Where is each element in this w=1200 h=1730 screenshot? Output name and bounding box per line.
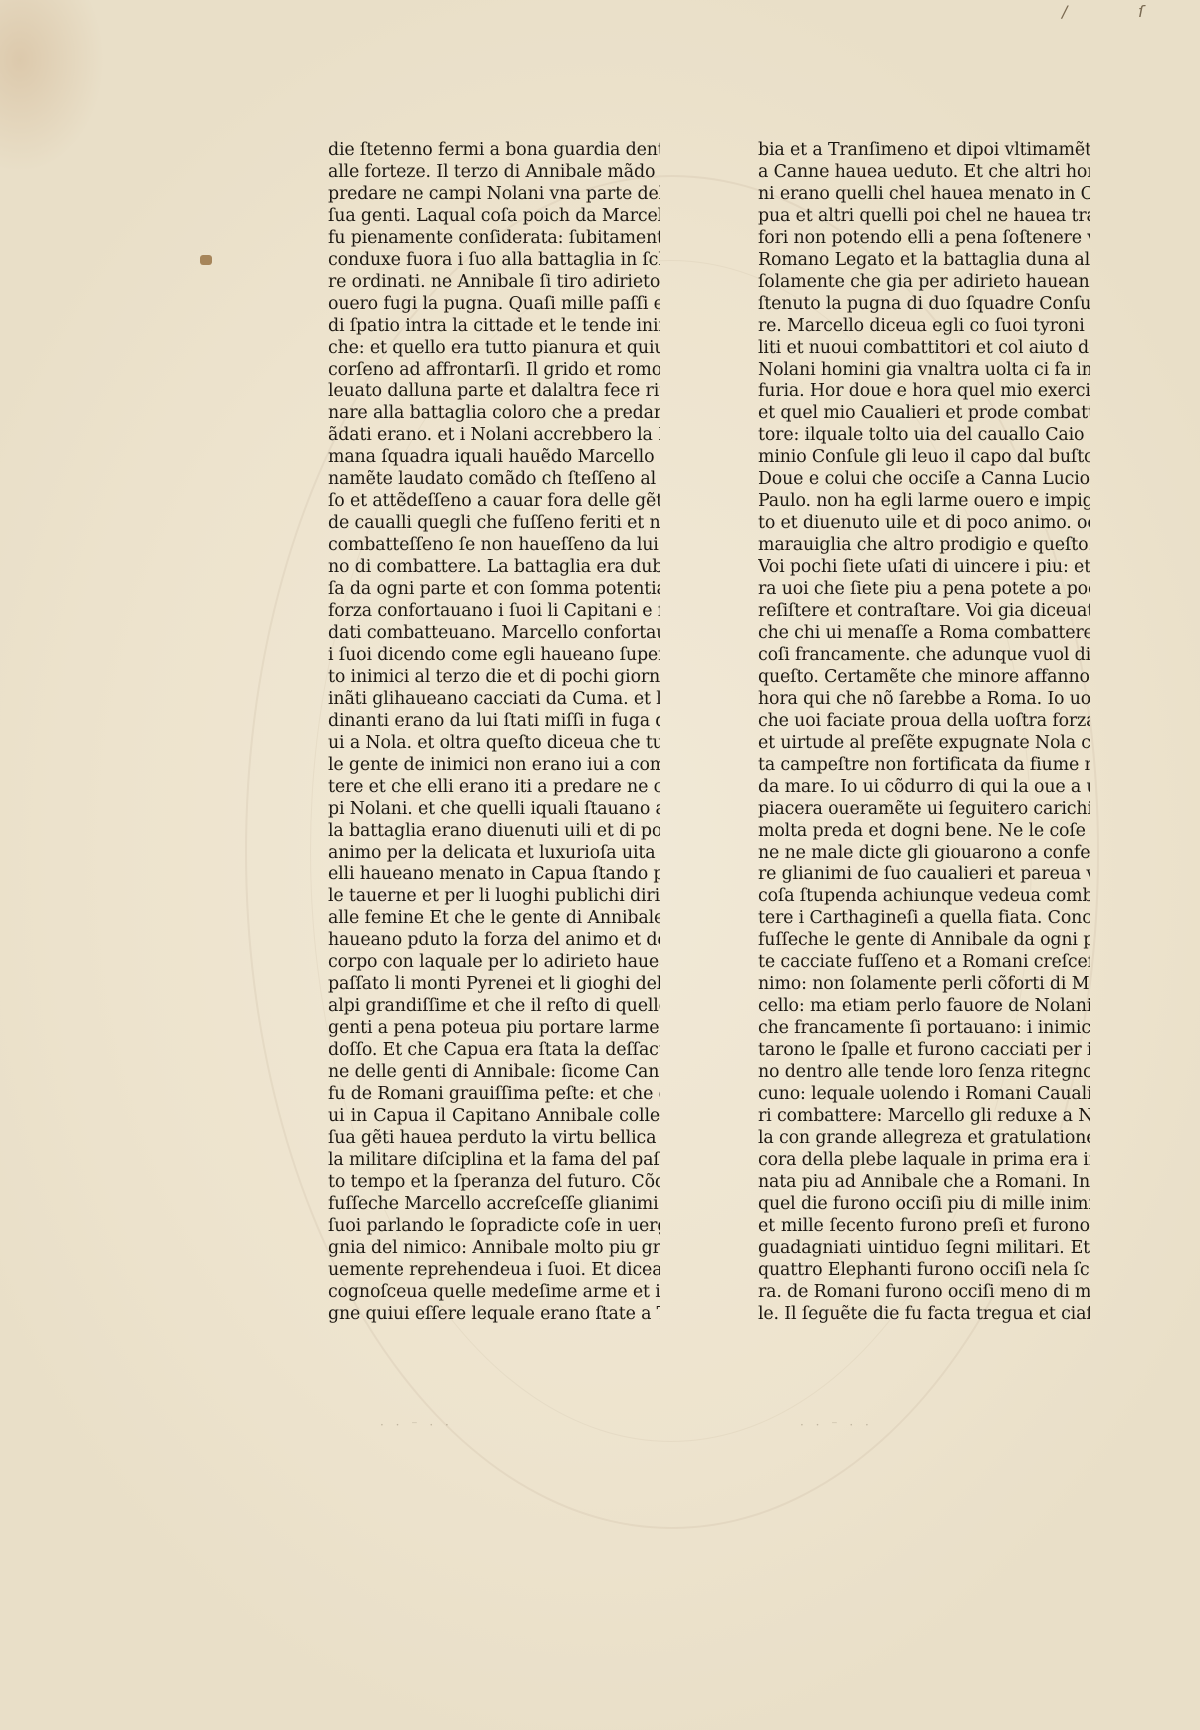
text-line: nare alla battaglia coloro che a predare (328, 403, 660, 425)
text-line: combatteſſeno ſe non haueſſeno da lui ce… (328, 535, 660, 557)
text-line: che francamente ſi portauano: i inimici … (758, 1018, 1090, 1040)
text-line: inãti glihaueano cacciati da Cuma. et lã… (328, 689, 660, 711)
text-line: et quel mio Caualieri et prode combatti- (758, 403, 1090, 425)
text-line: guadagniati uintiduo ſegni militari. Et (758, 1238, 1090, 1260)
text-line: fu pienamente conſiderata: ſubitamente (328, 228, 660, 250)
text-line: marauiglia che altro prodigio e queſto. (758, 535, 1090, 557)
text-line: ui in Capua il Capitano Annibale colle (328, 1106, 660, 1128)
text-line: coſa ſtupenda achiunque vedeua combat (758, 886, 1090, 908)
text-line: et uirtude al preſẽte expugnate Nola cit (758, 733, 1090, 755)
text-line: la battaglia erano diuenuti uili et di p… (328, 821, 660, 843)
text-line: alle forteze. Il terzo di Annibale mãdo … (328, 162, 660, 184)
text-line: cognoſceua quelle medeſime arme et inſe (328, 1282, 660, 1304)
text-line: ra. de Romani furono occiſi meno di mil (758, 1282, 1090, 1304)
text-line: che uoi faciate proua della uoſtra forza (758, 711, 1090, 733)
text-line: ſa da ogni parte et con ſomma potentia e… (328, 579, 660, 601)
text-line: coſi francamente. che adunque vuol dire (758, 645, 1090, 667)
text-line: ſo et attẽdeſſeno a cauar fora delle gẽt… (328, 491, 660, 513)
text-line: tore: ilquale tolto uia del cauallo Caio… (758, 425, 1090, 447)
text-line: a Canne hauea ueduto. Et che altri homi- (758, 162, 1090, 184)
show-through-smudge-left: · · ⁻ · · (380, 1418, 453, 1432)
text-line: nimo: non ſolamente perli cõforti di Mar (758, 974, 1090, 996)
text-line: mana ſquadra iquali hauẽdo Marcello pie (328, 447, 660, 469)
show-through-smudge-right: · · ⁻ · · (800, 1418, 873, 1432)
text-line: da mare. Io ui cõdurro di qui la oue a u… (758, 777, 1090, 799)
text-line: ra uoi che ſiete piu a pena potete a poc… (758, 579, 1090, 601)
text-line: fuſſeche le gente di Annibale da ogni pa… (758, 930, 1090, 952)
text-line: i ſuoi dicendo come egli haueano ſupera- (328, 645, 660, 667)
text-line: de caualli quegli che fuſſeno feriti et … (328, 513, 660, 535)
text-line: Nolani homini gia vnaltra uolta ci fa in… (758, 360, 1090, 382)
pencil-mark-slash: / (1062, 2, 1067, 21)
text-line: tere et che elli erano iti a predare ne … (328, 777, 660, 799)
parchment-page: / ſ die ſtetenno fermi a bona guardia de… (0, 0, 1200, 1730)
text-line: tere i Carthagineſi a quella fiata. Conc… (758, 908, 1090, 930)
text-line: no dentro alle tende loro ſenza ritegno … (758, 1062, 1090, 1084)
text-column-right: bia et a Tranſimeno et dipoi vltimamẽtea… (758, 140, 1098, 1325)
text-line: fu de Romani grauiſſima peſte: et che qu… (328, 1084, 660, 1106)
text-line: elli haueano menato in Capua ſtando per (328, 864, 660, 886)
text-line: piacera oueramẽte ui ſeguitero carichi d… (758, 799, 1090, 821)
text-line: pua et altri quelli poi chel ne hauea tr… (758, 206, 1090, 228)
text-line: doſſo. Et che Capua era ſtata la deſſact… (328, 1040, 660, 1062)
text-line: gnia del nimico: Annibale molto piu gra- (328, 1238, 660, 1260)
text-line: ãdati erano. et i Nolani accrebbero la R… (328, 425, 660, 447)
text-line: che: et quello era tutto pianura et quiu… (328, 338, 660, 360)
text-line: nata piu ad Annibale che a Romani. In (758, 1172, 1090, 1194)
text-line: die ſtetenno fermi a bona guardia dentro (328, 140, 660, 162)
text-line: Paulo. non ha egli larme ouero e impigri (758, 491, 1090, 513)
text-line: la militare diſciplina et la fama del pa… (328, 1150, 660, 1172)
text-line: alle femine Et che le gente di Annibale (328, 908, 660, 930)
text-line: ui a Nola. et oltra queſto diceua che tu… (328, 733, 660, 755)
text-line: minio Conſule gli leuo il capo dal buſto… (758, 447, 1090, 469)
text-line: ſua gẽti hauea perduto la virtu bellica … (328, 1128, 660, 1150)
text-line: no di combattere. La battaglia era dubio… (328, 557, 660, 579)
text-line: corſeno ad affrontarſi. Il grido et romo… (328, 360, 660, 382)
text-line: ta campeſtre non fortificata da fiume no… (758, 755, 1090, 777)
text-line: bia et a Tranſimeno et dipoi vltimamẽte (758, 140, 1090, 162)
text-line: re ordinati. ne Annibale ſi tiro adiriet… (328, 272, 660, 294)
text-line: fuſſeche Marcello accreſceſſe glianimi d… (328, 1194, 660, 1216)
text-line: dinanti erano da lui ſtati miſſi in fuga… (328, 711, 660, 733)
text-line: ne delle genti di Annibale: ſicome Canna (328, 1062, 660, 1084)
ink-stain (200, 255, 212, 265)
text-line: conduxe fuora i ſuo alla battaglia in ſc… (328, 250, 660, 272)
text-line: pi Nolani. et che quelli iquali ſtauano … (328, 799, 660, 821)
text-line: namẽte laudato comãdo ch ſteſſeno al ſoc… (328, 469, 660, 491)
text-line: quattro Elephanti furono occiſi nela ſch… (758, 1260, 1090, 1282)
text-line: uemente reprehendeua i ſuoi. Et dicea ch… (328, 1260, 660, 1282)
text-line: le. Il ſeguẽte die fu facta tregua et ci… (758, 1304, 1090, 1326)
text-line: furia. Hor doue e hora quel mio exercito (758, 381, 1090, 403)
text-line: hora qui che nõ ſarebbe a Roma. Io uogli… (758, 689, 1090, 711)
text-column-left: die ſtetenno fermi a bona guardia dentro… (328, 140, 668, 1325)
text-line: ſua genti. Laqual coſa poich da Marcello (328, 206, 660, 228)
text-line: dati combatteuano. Marcello confortaua (328, 623, 660, 645)
text-line: paſſato li monti Pyrenei et li gioghi de… (328, 974, 660, 996)
text-line: genti a pena poteua piu portare larme in (328, 1018, 660, 1040)
text-line: predare ne campi Nolani vna parte delle (328, 184, 660, 206)
text-line: ni erano quelli chel hauea menato in Ca (758, 184, 1090, 206)
text-line: re. Marcello diceua egli co ſuoi tyroni … (758, 316, 1090, 338)
text-line: ri combattere: Marcello gli reduxe a No (758, 1106, 1090, 1128)
text-line: corpo con laquale per lo adirieto hauean… (328, 952, 660, 974)
text-line: reſiſtere et contraſtare. Voi gia diceua… (758, 601, 1090, 623)
text-line: alpi grandiſſime et che il reſto di quel… (328, 996, 660, 1018)
text-line: to tempo et la ſperanza del futuro. Cõci… (328, 1172, 660, 1194)
text-line: cora della plebe laquale in prima era in… (758, 1150, 1090, 1172)
text-line: quel die furono occiſi piu di mille inim… (758, 1194, 1090, 1216)
text-line: liti et nuoui combattitori et col aiuto … (758, 338, 1090, 360)
text-line: to inimici al terzo die et di pochi gior… (328, 667, 660, 689)
text-line: forza confortauano i ſuoi li Capitani e … (328, 601, 660, 623)
text-line: ſuoi parlando le ſopradicte coſe in uerg… (328, 1216, 660, 1238)
text-line: ſtenuto la pugna di duo ſquadre Conſula (758, 294, 1090, 316)
text-line: haueano pduto la forza del animo et del (328, 930, 660, 952)
text-line: animo per la delicata et luxurioſa uita … (328, 843, 660, 865)
text-line: cello: ma etiam perlo fauore de Nolani (758, 996, 1090, 1018)
text-line: ne ne male dicte gli giouarono a conferm… (758, 843, 1090, 865)
text-line: to et diuenuto uile et di poco animo. oc… (758, 513, 1090, 535)
text-line: gne quiui eſſere lequale erano ſtate a T… (328, 1304, 660, 1326)
text-line: la con grande allegreza et gratulatione … (758, 1128, 1090, 1150)
text-line: molta preda et dogni bene. Ne le coſe be… (758, 821, 1090, 843)
text-line: ouero fugi la pugna. Quaſi mille paſſi e… (328, 294, 660, 316)
text-line: Romano Legato et la battaglia duna ala (758, 250, 1090, 272)
text-line: re glianimi de ſuo caualieri et pareua v… (758, 864, 1090, 886)
text-line: fori non potendo elli a pena ſoſtenere v… (758, 228, 1090, 250)
text-line: tarono le ſpalle et furono cacciati per … (758, 1040, 1090, 1062)
text-line: che chi ui menaſſe a Roma combattereſte (758, 623, 1090, 645)
text-line: ſolamente che gia per adirieto haueano ſ… (758, 272, 1090, 294)
text-line: di ſpatio intra la cittade et le tende i… (328, 316, 660, 338)
text-line: le gente de inimici non erano iui a comb… (328, 755, 660, 777)
text-line: queſto. Certamẽte che minore affanno e (758, 667, 1090, 689)
text-line: cuno: lequale uolendo i Romani Caualie- (758, 1084, 1090, 1106)
text-line: te cacciate fuſſeno et a Romani creſceſſ… (758, 952, 1090, 974)
text-line: le tauerne et per li luoghi publichi dir… (328, 886, 660, 908)
text-line: Doue e colui che occiſe a Canna Lucio (758, 469, 1090, 491)
text-line: Voi pochi ſiete uſati di uincere i piu: … (758, 557, 1090, 579)
text-line: leuato dalluna parte et dalaltra fece ri… (328, 381, 660, 403)
text-line: et mille ſecento furono preſi et furono (758, 1216, 1090, 1238)
pencil-mark-s: ſ (1138, 2, 1144, 21)
